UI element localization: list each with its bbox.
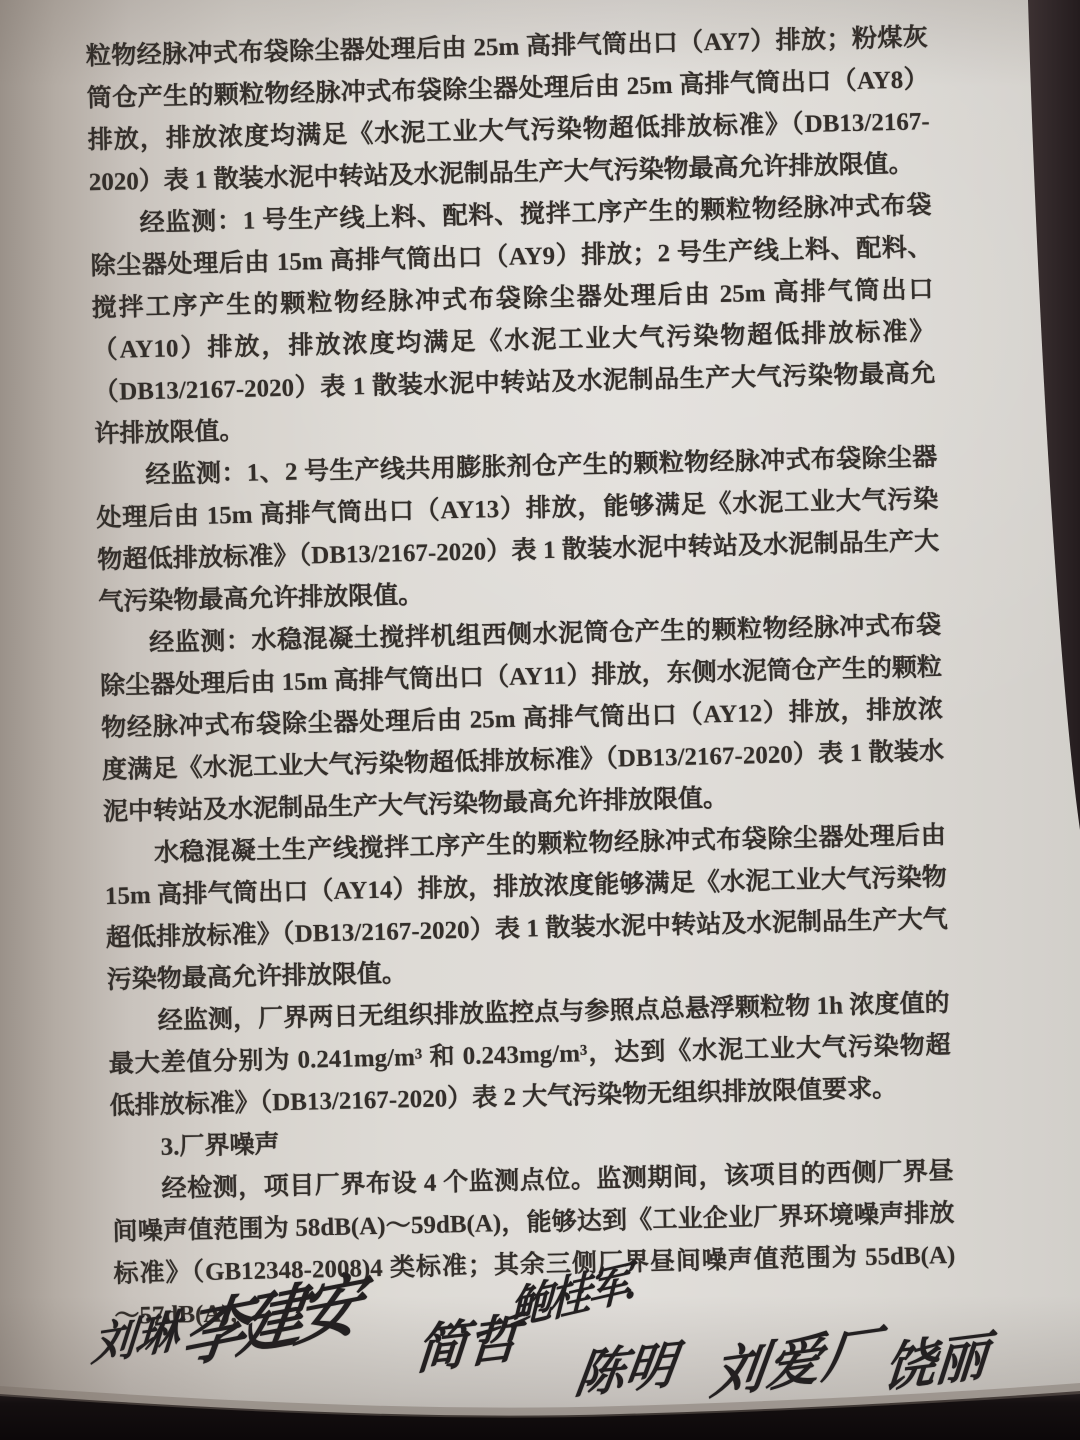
signature: 刘爱厂 [707,1307,885,1410]
signature: 饶丽 [881,1313,991,1402]
signature: 陈明 [571,1324,681,1408]
signature: 鲍桂军. [509,1245,634,1340]
photo-of-document-page: 粒物经脉冲式布袋除尘器处理后由 25m 高排气筒出口（AY7）排放；粉煤灰筒仓产… [0,0,1080,1440]
signatures: 刘琳李建安简哲鲍桂军.陈明刘爱厂饶丽 [0,0,1080,1440]
signature: 李建安 [176,1249,363,1382]
signature: 简哲 [413,1295,523,1384]
signature: 刘琳 [90,1294,183,1373]
